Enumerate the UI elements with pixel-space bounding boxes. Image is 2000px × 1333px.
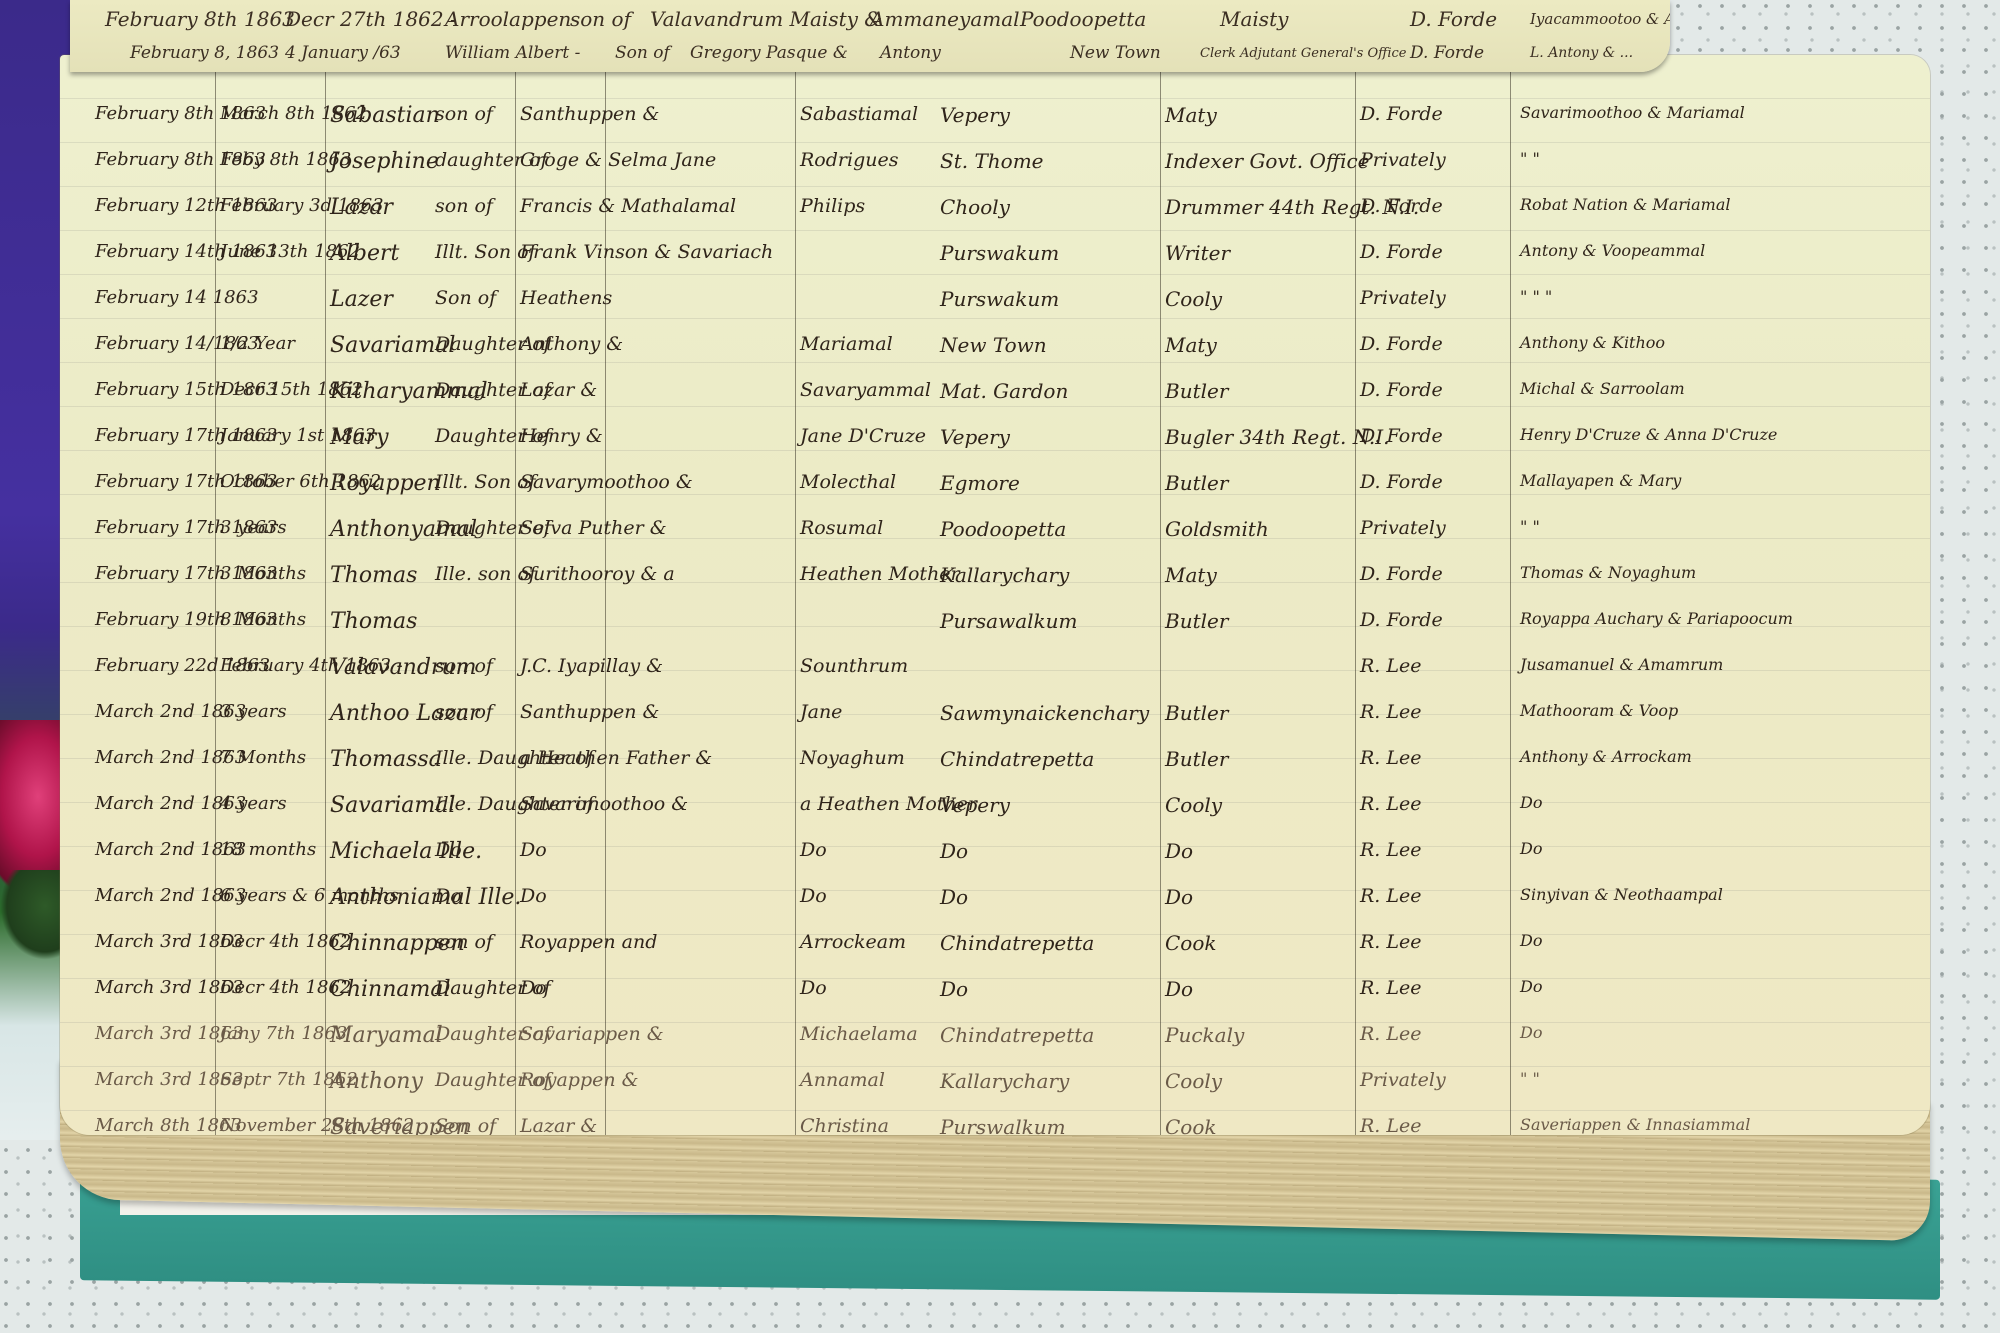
baptized-by: D. Forde <box>1360 425 1443 447</box>
father-name: Anthony & <box>520 333 623 355</box>
baptized-by: D. Forde <box>1360 379 1443 401</box>
sponsors: " " <box>1520 149 1540 168</box>
mother-name: Heathen Mother <box>800 563 960 585</box>
minister: D. Forde <box>1410 7 1497 31</box>
register-row: February 12th 1863February 3d 1863Lazars… <box>60 187 1930 233</box>
child-name: Anthoniamal Ille. <box>330 885 521 910</box>
child-name: Maryamal <box>330 1023 443 1048</box>
father-name: Royappen and <box>520 931 657 953</box>
father: Valavandrum Maisty & <box>650 7 882 31</box>
quality-profession: Cooly <box>1165 287 1222 311</box>
baptized-by: R. Lee <box>1360 931 1422 953</box>
curled-previous-page: February 8th 1863 Decr 27th 1862 - Arroo… <box>70 0 1670 72</box>
abode: Mat. Gardon <box>940 379 1068 403</box>
mother: Ammaneyamal <box>870 7 1020 31</box>
mother-name: Noyaghum <box>800 747 905 769</box>
abode: Kallarychary <box>940 1069 1069 1093</box>
quality-profession: Butler <box>1165 471 1228 495</box>
baptized-by: R. Lee <box>1360 1115 1422 1135</box>
register-row: February 19th 18638 MonthsThomasPursawal… <box>60 601 1930 647</box>
register-row: March 3rd 1863Decr 4th 1862Chinnappenson… <box>60 923 1930 969</box>
baptized-by: R. Lee <box>1360 701 1422 723</box>
mother-name: Arrockeam <box>800 931 906 953</box>
father-name: Francis & Mathalamal <box>520 195 736 217</box>
quality-profession: Maty <box>1165 563 1217 587</box>
child-name: Lazar <box>330 195 393 220</box>
minister: D. Forde <box>1410 43 1484 63</box>
father-name: Do <box>520 839 547 861</box>
child-name: Chinnamal <box>330 977 451 1002</box>
sponsors: Saveriappen & Innasiammal <box>1520 1115 1750 1134</box>
quality-profession: Cooly <box>1165 1069 1222 1093</box>
child-name: Thomassa <box>330 747 442 772</box>
quality-profession: Indexer Govt. Office <box>1165 149 1370 173</box>
quality-profession: Puckaly <box>1165 1023 1244 1047</box>
abode: St. Thome <box>940 149 1044 173</box>
child-name: Thomas <box>330 609 417 634</box>
sponsors: Royappa Auchary & Pariapoocum <box>1520 609 1793 628</box>
register-row: February 22d 1863February 4th 1863 -Vala… <box>60 647 1930 693</box>
mother-name: Do <box>800 839 827 861</box>
child-name: Mary <box>330 425 389 450</box>
abode: Purswakum <box>940 287 1059 311</box>
birth-date: Jany 7th 1863 <box>220 1023 347 1044</box>
mother-name: Sabastiamal <box>800 103 918 125</box>
mother-name: Annamal <box>800 1069 885 1091</box>
child-name: William Albert - <box>445 43 580 63</box>
baptized-by: R. Lee <box>1360 839 1422 861</box>
register-row: March 3rd 1863Decr 4th 1862ChinnamalDaug… <box>60 969 1930 1015</box>
register-row: March 2nd 18634 yearsSavariamalIlle. Dau… <box>60 785 1930 831</box>
baptized-by: D. Forde <box>1360 563 1443 585</box>
quality-profession: Writer <box>1165 241 1230 265</box>
father-name: Royappen & <box>520 1069 639 1091</box>
quality-profession: Cooly <box>1165 793 1222 817</box>
abode: New Town <box>940 333 1047 357</box>
register-row: February 17th 1863January 1st 1863MaryDa… <box>60 417 1930 463</box>
abode: Do <box>940 885 968 909</box>
sponsors: Anthony & Kithoo <box>1520 333 1665 352</box>
quality-profession: Do <box>1165 885 1193 909</box>
father-name: Groge & Selma Jane <box>520 149 716 171</box>
quality-profession: Goldsmith <box>1165 517 1269 541</box>
sponsors: Antony & Voopeammal <box>1520 241 1705 260</box>
baptized-by: Privately <box>1360 1069 1446 1091</box>
father-name: Do <box>520 885 547 907</box>
baptized-by: R. Lee <box>1360 885 1422 907</box>
father-name: Surithooroy & a <box>520 563 675 585</box>
baptized-by: D. Forde <box>1360 241 1443 263</box>
baptized-by: Privately <box>1360 517 1446 539</box>
mother-name: Rodrigues <box>800 149 898 171</box>
relation: son of <box>435 195 493 217</box>
birth-date: 1/2 Year <box>220 333 295 354</box>
child-name: Lazer <box>330 287 393 312</box>
birth-date: 7 Months <box>220 747 306 768</box>
quality-profession: Cook <box>1165 1115 1217 1135</box>
abode: Do <box>940 977 968 1001</box>
relation: Do <box>435 885 462 907</box>
sponsors: Do <box>1520 1023 1542 1042</box>
sponsors: Savarimoothoo & Mariamal <box>1520 103 1745 122</box>
quality-profession: Butler <box>1165 701 1228 725</box>
father-name: Santhuppen & <box>520 103 659 125</box>
father-name: Santhuppen & <box>520 701 659 723</box>
mother-name: Mariamal <box>800 333 893 355</box>
quality-profession: Do <box>1165 839 1193 863</box>
abode: Vepery <box>940 425 1010 449</box>
mother-name: Savaryammal <box>800 379 931 401</box>
sponsors: " " <box>1520 517 1540 536</box>
quality-profession: Cook <box>1165 931 1217 955</box>
sponsors: Do <box>1520 793 1542 812</box>
father-name: Heathens <box>520 287 612 309</box>
relation: son of <box>435 103 493 125</box>
father-name: Frank Vinson & Savariach <box>520 241 773 263</box>
sponsors: Thomas & Noyaghum <box>1520 563 1696 582</box>
abode: Chindatrepetta <box>940 931 1094 955</box>
baptized-by: R. Lee <box>1360 747 1422 769</box>
relation: son of <box>435 655 493 677</box>
relation: Son of <box>435 1115 496 1135</box>
birth-date: Decr 27th 1862 - <box>285 7 457 31</box>
sponsors: " " " <box>1520 287 1552 306</box>
sponsors: Mallayapen & Mary <box>1520 471 1681 490</box>
abode: Do <box>940 839 968 863</box>
abode: Purswalkum <box>940 1115 1066 1135</box>
register-row: February 17th 18633 MonthsThomasIlle. so… <box>60 555 1930 601</box>
abode: Vepery <box>940 793 1010 817</box>
birth-date: 8 Months <box>220 609 306 630</box>
sponsors: Robat Nation & Mariamal <box>1520 195 1730 214</box>
quality-profession: Butler <box>1165 379 1228 403</box>
register-row: February 17th 1863October 6th 1862Royapp… <box>60 463 1930 509</box>
father-name: J.C. Iyapillay & <box>520 655 663 677</box>
relation: son of <box>570 7 631 31</box>
quality-profession: Maty <box>1165 103 1217 127</box>
sponsors: Iyacammootoo & Ammaneyammal <box>1530 10 1670 28</box>
baptized-by: Privately <box>1360 149 1446 171</box>
relation: Son of <box>435 287 496 309</box>
baptized-by: D. Forde <box>1360 103 1443 125</box>
child-name: Sabastian <box>330 103 440 128</box>
abode: Sawmynaickenchary <box>940 701 1149 725</box>
relation: son of <box>435 701 493 723</box>
baptized-by: D. Forde <box>1360 195 1443 217</box>
baptized-by: D. Forde <box>1360 333 1443 355</box>
mother-name: Philips <box>800 195 865 217</box>
baptized-by: R. Lee <box>1360 1023 1422 1045</box>
register-row: March 3rd 1863Jany 7th 1863MaryamalDaugh… <box>60 1015 1930 1061</box>
abode: Chooly <box>940 195 1010 219</box>
sponsors: Anthony & Arrockam <box>1520 747 1692 766</box>
register-row: February 8th 1863March 8th 1862Sabastian… <box>60 95 1930 141</box>
child-name: Royappen <box>330 471 441 496</box>
abode: Egmore <box>940 471 1020 495</box>
sponsors: Mathooram & Voop <box>1520 701 1678 720</box>
father-name: Do <box>520 977 547 999</box>
mother-name: Christina <box>800 1115 889 1135</box>
mother-name: Michaelama <box>800 1023 918 1045</box>
abode: Pursawalkum <box>940 609 1078 633</box>
sponsors: Sinyivan & Neothaampal <box>1520 885 1723 904</box>
relation: Do <box>435 839 462 861</box>
quality-profession: Butler <box>1165 609 1228 633</box>
register-row: February 14 1863LazerSon ofHeathensPursw… <box>60 279 1930 325</box>
birth-date: 18 months <box>220 839 316 860</box>
sponsors: Do <box>1520 931 1542 950</box>
quality-profession: Bugler 34th Regt. N.I. <box>1165 425 1390 449</box>
father-name: a Heathen Father & <box>520 747 712 769</box>
mother-name: Do <box>800 977 827 999</box>
father-name: Savarimoothoo & <box>520 793 688 815</box>
abode: Poodoopetta <box>1020 7 1146 31</box>
baptism-date: February 8th 1863 <box>105 7 295 31</box>
abode: Kallarychary <box>940 563 1069 587</box>
sponsors: Michal & Sarroolam <box>1520 379 1685 398</box>
father-name: Selva Puther & <box>520 517 667 539</box>
father-name: Lazar & <box>520 379 597 401</box>
father-name: Savarymoothoo & <box>520 471 693 493</box>
baptized-by: Privately <box>1360 287 1446 309</box>
birth-date: 3 Months <box>220 563 306 584</box>
abode: New Town <box>1070 43 1161 63</box>
abode: Poodoopetta <box>940 517 1066 541</box>
quality-profession: Maty <box>1165 333 1217 357</box>
register-entries: February 8th 1863March 8th 1862Sabastian… <box>60 95 1930 1135</box>
quality: Maisty <box>1220 7 1288 31</box>
sponsors: Do <box>1520 977 1542 996</box>
register-row: February 14th 1863June 13th 1862AlbertIl… <box>60 233 1930 279</box>
mother-name: Do <box>800 885 827 907</box>
birth-date: 3 years <box>220 517 287 538</box>
father-name: Lazar & <box>520 1115 597 1135</box>
mother: Antony <box>880 43 941 63</box>
relation: son of <box>435 931 493 953</box>
sponsors: Do <box>1520 839 1542 858</box>
baptism-date: February 8, 1863 <box>130 43 279 63</box>
register-row: February 14/18631/2 YearSavariamalDaught… <box>60 325 1930 371</box>
father: Gregory Pasque & <box>690 43 848 63</box>
sponsors: L. Antony & ... <box>1530 45 1633 61</box>
sponsors: Jusamanuel & Amamrum <box>1520 655 1723 674</box>
relation: Son of <box>615 43 670 63</box>
register-row: March 8th 1863November 28th 1862Saveriap… <box>60 1107 1930 1135</box>
birth-date: 4 January /63 <box>285 43 401 63</box>
father-name: Savariappen & <box>520 1023 664 1045</box>
birth-date: 3 years <box>220 701 287 722</box>
register-row: February 8th 1863Feby 8th 1863Josephined… <box>60 141 1930 187</box>
mother-name: Molecthal <box>800 471 896 493</box>
sponsors: Henry D'Cruze & Anna D'Cruze <box>1520 425 1777 444</box>
baptized-by: R. Lee <box>1360 655 1422 677</box>
register-row: February 15th 1863Decr 15th 1862Kitharya… <box>60 371 1930 417</box>
register-row: March 2nd 186318 monthsMichaela Ille.DoD… <box>60 831 1930 877</box>
register-row: February 17th 18633 yearsAnthonyamalDaug… <box>60 509 1930 555</box>
sponsors: " " <box>1520 1069 1540 1088</box>
abode: Chindatrepetta <box>940 1023 1094 1047</box>
father-name: Henry & <box>520 425 603 447</box>
register-row: March 2nd 18633 yearsAnthoo Lazarson ofS… <box>60 693 1930 739</box>
baptized-by: D. Forde <box>1360 609 1443 631</box>
baptized-by: D. Forde <box>1360 471 1443 493</box>
mother-name: Rosumal <box>800 517 883 539</box>
mother-name: Jane <box>800 701 842 723</box>
register-row: March 2nd 18636 years & 6 monthsAnthonia… <box>60 877 1930 923</box>
child-name: Anthony <box>330 1069 423 1094</box>
child-name: Arroolappen <box>445 7 571 31</box>
mother-name: Jane D'Cruze <box>800 425 926 447</box>
child-name: Josephine <box>330 149 439 174</box>
child-name: Albert <box>330 241 399 266</box>
birth-date: 4 years <box>220 793 287 814</box>
register-row: March 3rd 1863Septr 7th 1862AnthonyDaugh… <box>60 1061 1930 1107</box>
abode: Purswakum <box>940 241 1059 265</box>
baptized-by: R. Lee <box>1360 977 1422 999</box>
register-row: March 2nd 18637 MonthsThomassaIlle. Daug… <box>60 739 1930 785</box>
ledger-page: February 8th 1863March 8th 1862Sabastian… <box>60 55 1930 1135</box>
child-name: Thomas <box>330 563 417 588</box>
abode: Vepery <box>940 103 1010 127</box>
quality: Clerk Adjutant General's Office <box>1200 46 1406 61</box>
abode: Chindatrepetta <box>940 747 1094 771</box>
baptized-by: R. Lee <box>1360 793 1422 815</box>
baptism-date: February 14 1863 <box>95 287 259 308</box>
mother-name: Sounthrum <box>800 655 908 677</box>
quality-profession: Do <box>1165 977 1193 1001</box>
quality-profession: Butler <box>1165 747 1228 771</box>
